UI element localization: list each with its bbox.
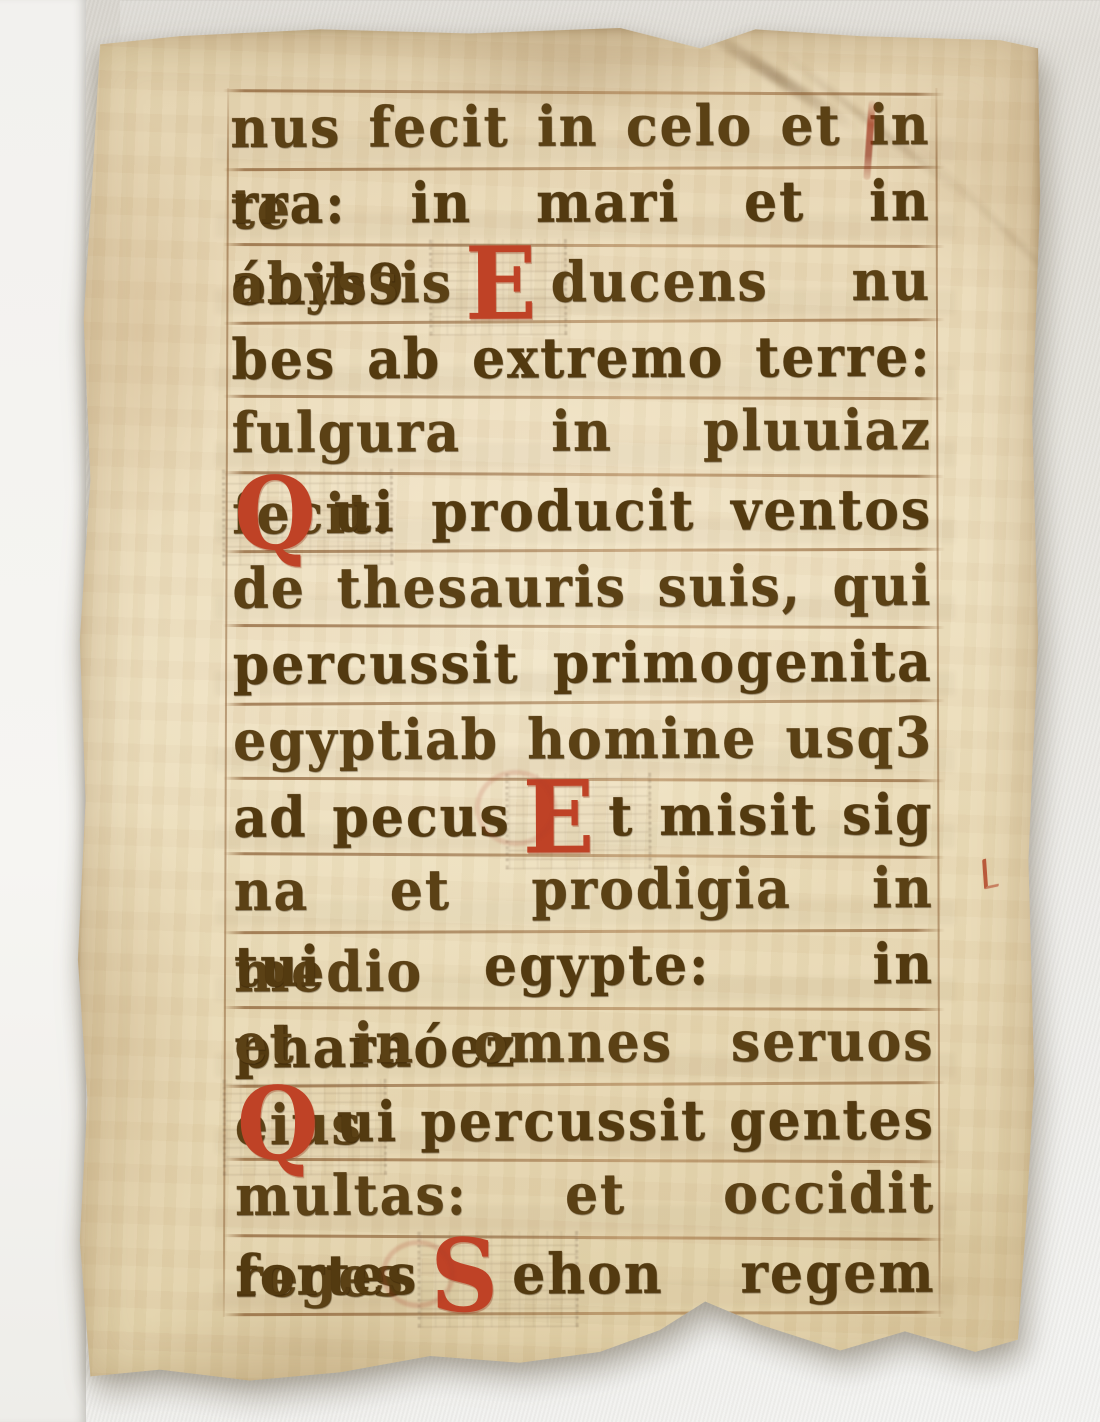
manuscript-line: Qui percussit gentes xyxy=(235,1082,935,1161)
manuscript-line: ad pecusEt misit sig xyxy=(233,777,933,856)
rubric-initial: S xyxy=(430,1218,500,1336)
line-text: ad pecusEt misit sig xyxy=(233,775,933,859)
crease-shadow xyxy=(906,134,1100,345)
manuscript-line: abyssisEducens nu xyxy=(231,243,931,322)
red-ink-blot xyxy=(982,856,999,889)
manuscript-line: fulgura in pluuiaz fecit. xyxy=(232,395,932,474)
line-text: fortesSehon regem xyxy=(235,1233,935,1317)
line-text-after-initial: de thesauris suis, qui xyxy=(232,553,932,621)
manuscript-line: et in omnes seruos eius xyxy=(234,1006,934,1085)
line-text-before-initial: fortes xyxy=(235,1243,418,1309)
line-text-after-initial: bes ab extremo terre: xyxy=(231,324,931,392)
manuscript-line: tui egypte: in pharaóez xyxy=(234,929,934,1008)
line-text-before-initial: ad pecus xyxy=(233,784,510,850)
manuscript-line: Qui producit ventos xyxy=(232,472,932,551)
vellum-leaf: nus fecit in celo et in terra: in mari e… xyxy=(75,28,1040,1390)
ruling-line-vertical xyxy=(223,88,229,1317)
line-text: percussit primogenita xyxy=(233,622,933,706)
manuscript-line: rra: in mari et in ónib9 xyxy=(231,166,931,245)
manuscript-line: bes ab extremo terre: xyxy=(231,319,931,398)
line-text-after-initial: ducens nu xyxy=(551,248,932,315)
manuscript-photo: nus fecit in celo et in terra: in mari e… xyxy=(0,0,1100,1422)
line-text: Qui percussit gentes xyxy=(235,1080,935,1164)
line-text-after-initial: ui percussit gentes xyxy=(337,1087,935,1155)
manuscript-line: multas: et occidit reges xyxy=(235,1158,935,1237)
line-text-after-initial: ehon regem xyxy=(512,1240,936,1307)
line-text: Qui producit ventos xyxy=(232,470,932,554)
manuscript-line: percussit primogenita xyxy=(233,624,933,703)
text-block: nus fecit in celo et in terra: in mari e… xyxy=(230,26,936,1391)
line-text: bes ab extremo terre: xyxy=(231,317,931,401)
line-text: abyssisEducens nu xyxy=(231,241,931,325)
line-text-after-initial: t misit sig xyxy=(608,782,933,849)
line-text-after-initial: percussit primogenita xyxy=(233,629,933,697)
leaf-shadow-wrap: nus fecit in celo et in terra: in mari e… xyxy=(0,0,1100,1422)
line-text-after-initial: ui producit ventos xyxy=(334,477,932,545)
manuscript-line: fortesSehon regem xyxy=(235,1235,935,1314)
ruling-line-vertical xyxy=(935,88,940,1317)
line-text: de thesauris suis, qui xyxy=(232,546,932,630)
line-text-before-initial: abyssis xyxy=(231,250,453,316)
manuscript-line: nus fecit in celo et in te xyxy=(230,90,930,169)
manuscript-line: de thesauris suis, qui xyxy=(232,548,932,627)
manuscript-line: na et prodigia in medio xyxy=(234,853,934,932)
